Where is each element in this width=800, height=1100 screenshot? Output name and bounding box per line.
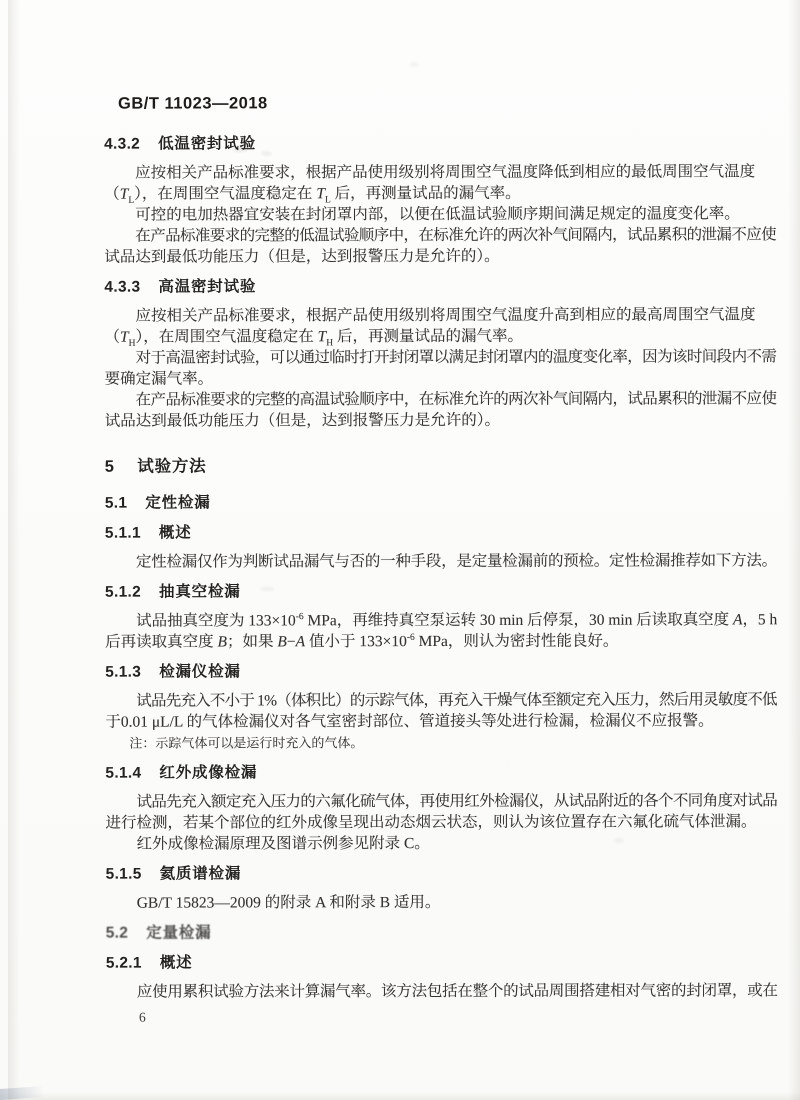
section-heading-4.3.2: 4.3.2低温密封试验	[104, 132, 776, 154]
section-title: 试验方法	[137, 455, 206, 478]
section-heading-5.1.1: 5.1.1概述	[105, 521, 777, 543]
section-heading-5: 5试验方法	[105, 454, 777, 478]
section-heading-5.1.5: 5.1.5氦质谱检漏	[106, 862, 778, 884]
section-title: 抽真空检漏	[159, 581, 241, 602]
paragraph-line: 定性检漏仅作为判断试品漏气与否的一种手段，是定量检漏前的预检。定性检漏推荐如下方…	[105, 550, 777, 572]
paragraph-line: （TL），在周围空气温度稳定在 TL 后，再测量试品的漏气率。	[104, 182, 776, 204]
paragraph-line: 在产品标准要求的完整的高温试验顺序中，在标准允许的两次补气间隔内，试品累积的泄漏…	[105, 388, 777, 410]
scan-edge-right	[788, 0, 800, 1100]
section-heading-5.2: 5.2定量检漏	[106, 921, 778, 943]
section-number: 5.1.5	[106, 864, 142, 885]
section-number: 5	[105, 456, 115, 479]
scanned-standard-page: GB/T 11023—2018 4.3.2低温密封试验应按相关产品标准要求，根据…	[0, 0, 800, 1100]
section-heading-5.1: 5.1定性检漏	[105, 491, 777, 513]
section-title: 定性检漏	[145, 492, 210, 513]
section-number: 4.3.3	[104, 277, 140, 298]
scan-smudge	[410, 62, 419, 67]
note-line: 注：示踪气体可以是运行时充入的气体。	[129, 731, 777, 753]
section-title: 概述	[159, 523, 192, 544]
section-number: 5.1	[105, 493, 127, 514]
section-number: 5.1.2	[105, 582, 141, 603]
section-number: 5.2	[106, 923, 128, 944]
paragraph-line: GB/T 15823—2009 的附录 A 和附录 B 适用。	[106, 891, 778, 913]
section-heading-5.2.1: 5.2.1概述	[106, 951, 778, 973]
section-number: 5.1.1	[105, 523, 141, 544]
standard-number: GB/T 11023—2018	[118, 94, 268, 112]
section-title: 低温密封试验	[158, 133, 256, 154]
scan-edge-left	[8, 0, 20, 1100]
standard-number-header: GB/T 11023—2018	[118, 91, 776, 114]
paragraph-line: 应按相关产品标准要求，根据产品使用级别将周围空气温度升高到相应的最高周围空气温度	[104, 304, 776, 326]
paragraph-line: 试品达到最低功能压力（但是，达到报警压力是允许的）。	[105, 409, 777, 431]
document-blocks: 4.3.2低温密封试验应按相关产品标准要求，根据产品使用级别将周围空气温度降低到…	[104, 132, 778, 1002]
scan-edge-bottom	[0, 1092, 800, 1100]
paragraph-line: 在产品标准要求的完整的低温试验顺序中，在标准允许的两次补气间隔内，试品累积的泄漏…	[104, 224, 776, 246]
paragraph-line: 应按相关产品标准要求，根据产品使用级别将周围空气温度降低到相应的最低周围空气温度	[104, 161, 776, 183]
page-number: 6	[139, 1007, 778, 1026]
paragraph-line: 进行检测，若某个部位的红外成像呈现出动态烟云状态，则认为该位置存在六氟化硫气体泄…	[106, 811, 778, 833]
section-number: 5.1.3	[105, 662, 141, 683]
document-content: GB/T 11023—2018 4.3.2低温密封试验应按相关产品标准要求，根据…	[104, 91, 778, 1026]
section-title: 检漏仪检漏	[159, 661, 241, 682]
section-number: 4.3.2	[104, 134, 140, 155]
section-number: 5.1.4	[105, 763, 141, 784]
section-title: 高温密封试验	[158, 276, 256, 297]
paragraph-line: 试品先充入额定充入压力的六氟化硫气体，再使用红外检漏仪，从试品附近的各个不同角度…	[105, 790, 777, 812]
paragraph-line: 对于高温密封试验，可以通过临时打开封闭罩以满足封闭罩内的温度变化率，因为该时间段…	[105, 346, 777, 368]
paragraph-line: 红外成像检漏原理及图谱示例参见附录 C。	[106, 832, 778, 854]
paragraph-line: 于0.01 μL/L 的气体检漏仪对各气室密封部位、管道接头等处进行检漏，检漏仪…	[105, 710, 777, 732]
section-heading-5.1.3: 5.1.3检漏仪检漏	[105, 660, 777, 682]
paragraph-line: 可控的电加热器宜安装在封闭罩内部，以便在低温试验顺序期间满足规定的温度变化率。	[104, 203, 776, 225]
section-title: 定量检漏	[146, 922, 211, 943]
section-heading-5.1.2: 5.1.2抽真空检漏	[105, 580, 777, 602]
paragraph-line: 要确定漏气率。	[105, 367, 777, 389]
section-title: 概述	[160, 953, 193, 974]
section-number: 5.2.1	[106, 953, 142, 974]
section-title: 红外成像检漏	[159, 762, 257, 783]
paragraph-line: （TH），在周围空气温度稳定在 TH 后，再测量试品的漏气率。	[104, 325, 776, 347]
paragraph-line: 后再读取真空度 B；如果 B−A 值小于 133×10-6 MPa，则认为密封性…	[105, 630, 777, 652]
section-heading-5.1.4: 5.1.4红外成像检漏	[105, 761, 777, 783]
paragraph-line: 试品抽真空度为 133×10-6 MPa，再维持真空泵运转 30 min 后停泵…	[105, 609, 777, 631]
paragraph-line: 试品达到最低功能压力（但是，达到报警压力是允许的）。	[104, 245, 776, 267]
section-heading-4.3.3: 4.3.3高温密封试验	[104, 275, 776, 297]
paragraph-line: 应使用累积试验方法来计算漏气率。该方法包括在整个的试品周围搭建相对气密的封闭罩，…	[106, 980, 778, 1002]
paragraph-line: 试品先充入不小于 1%（体积比）的示踪气体，再充入干燥气体至额定充入压力，然后用…	[105, 689, 777, 711]
section-title: 氦质谱检漏	[160, 863, 242, 884]
